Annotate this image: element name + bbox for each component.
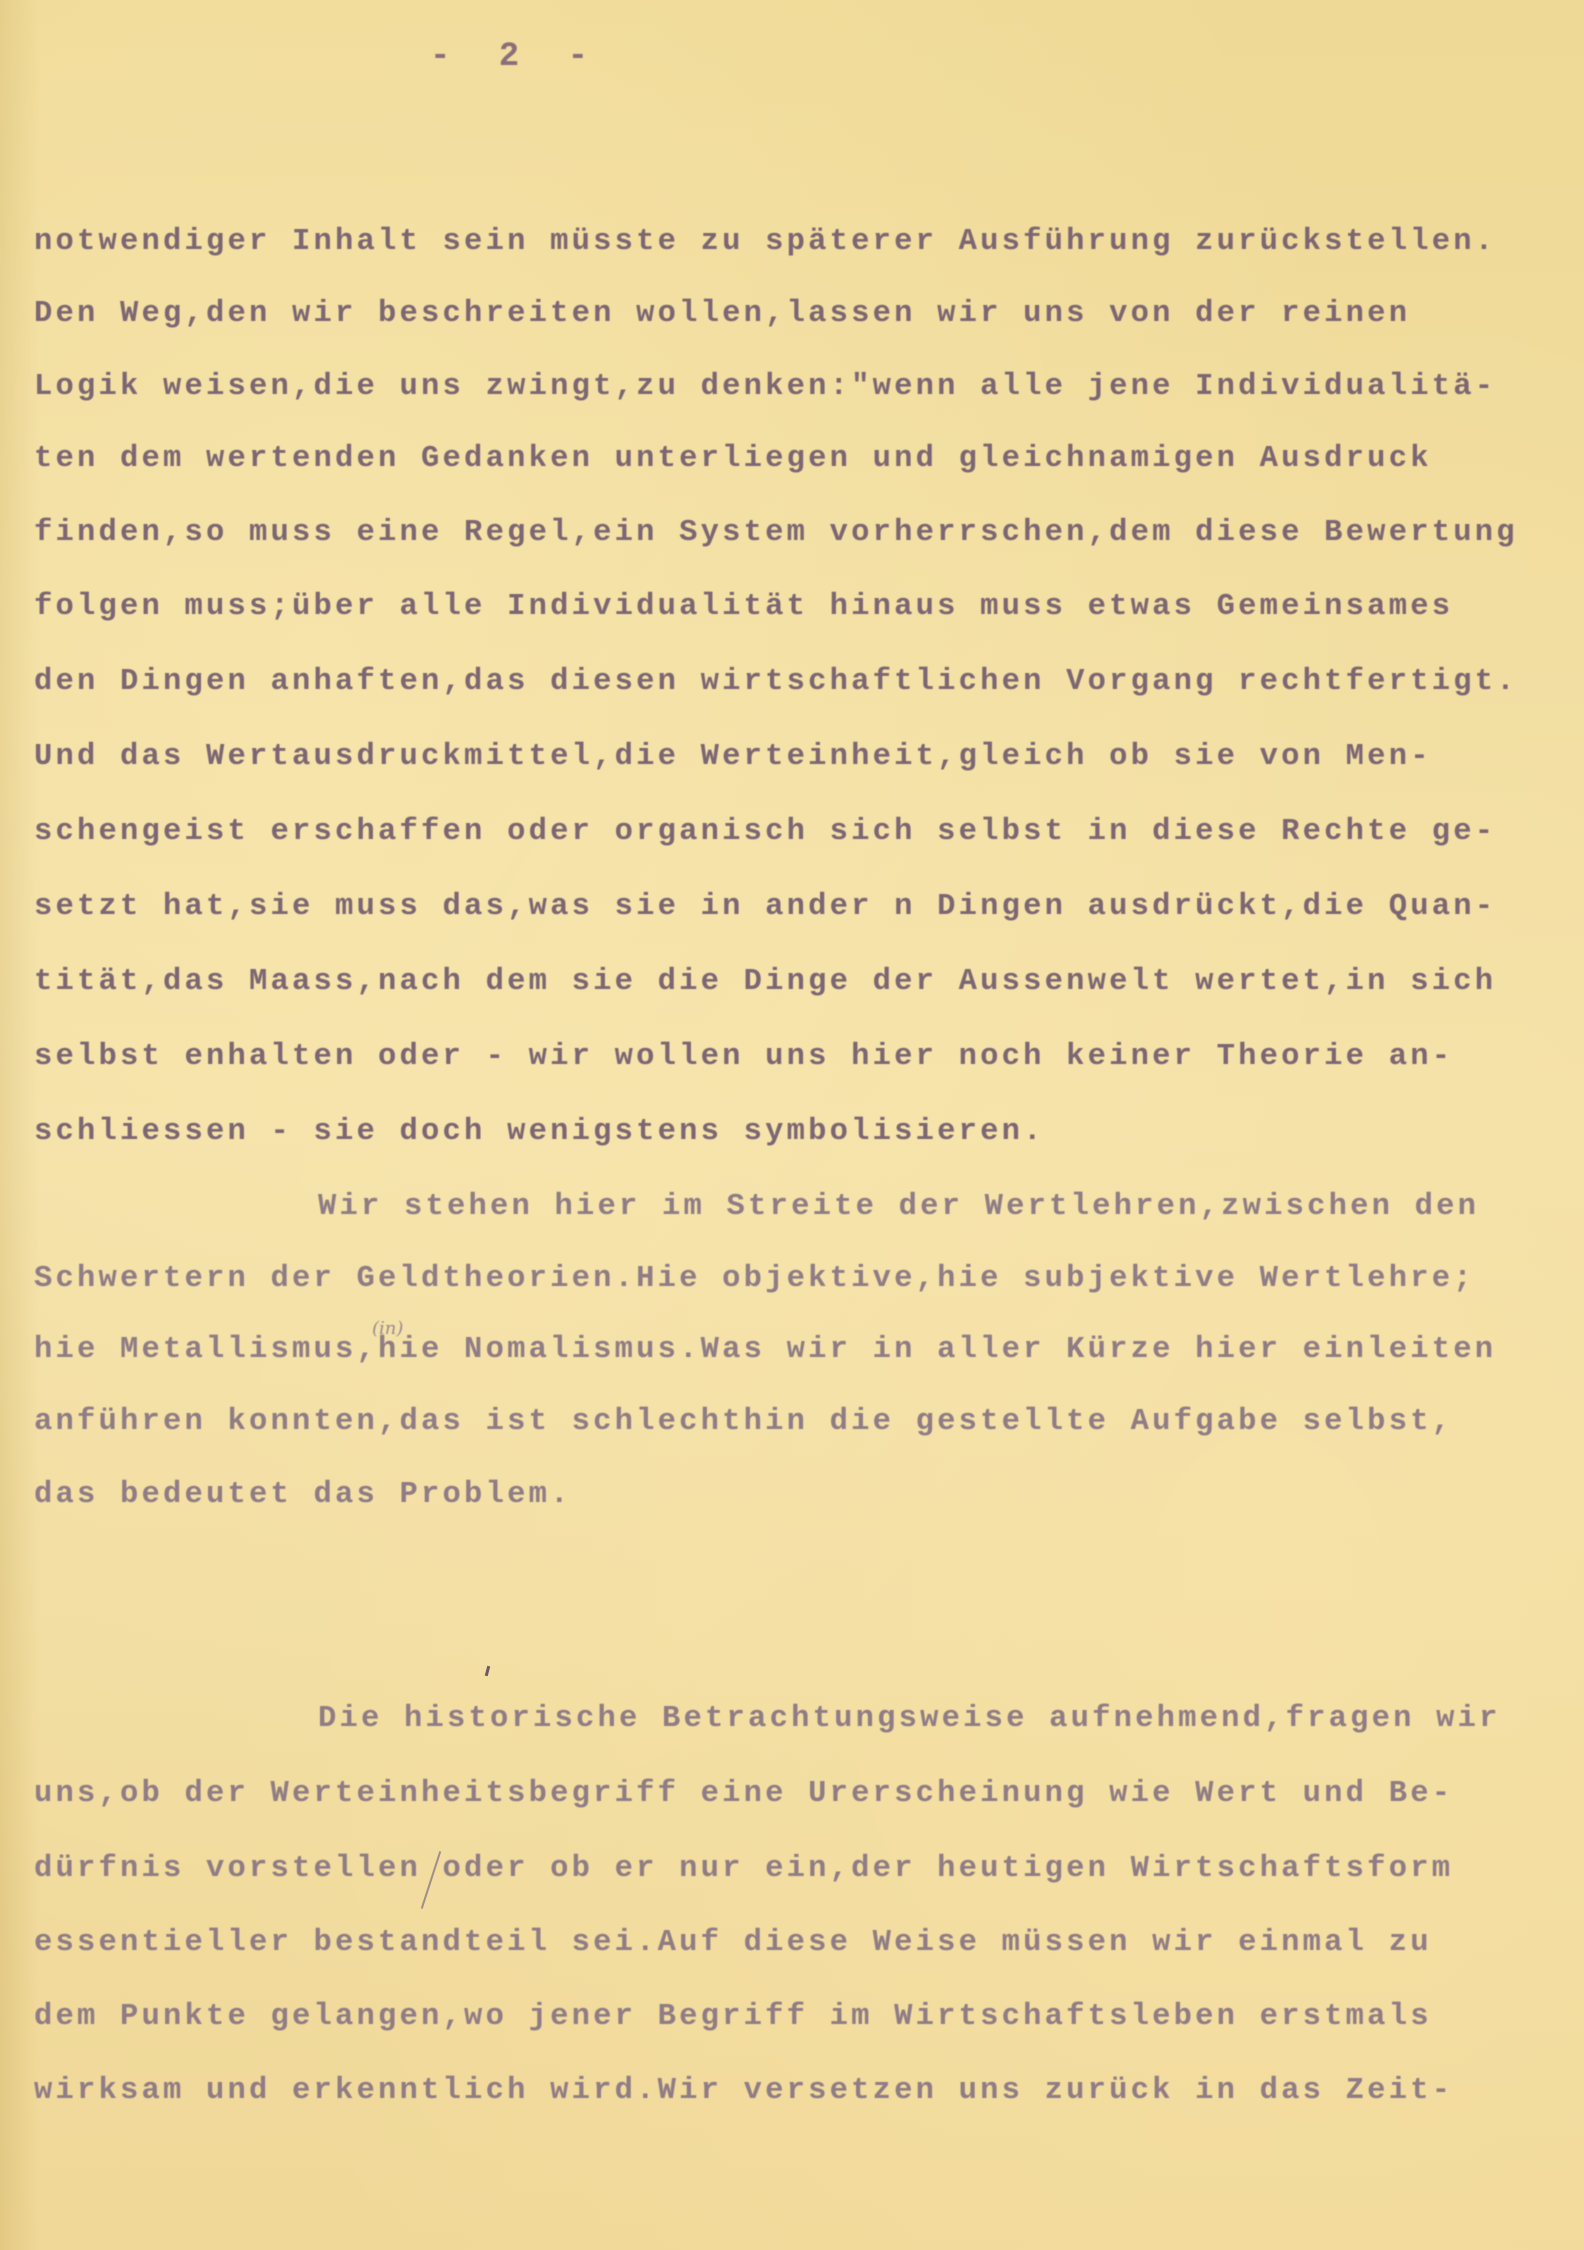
text-line: wirksam und erkenntlich wird.Wir versetz… <box>34 2074 1453 2108</box>
text-line: setzt hat,sie muss das,was sie in ander … <box>34 890 1496 924</box>
text-line: Schwertern der Geldtheorien.Hie objektiv… <box>34 1262 1475 1296</box>
page-number: - 2 - <box>430 38 602 76</box>
text-line: tität,das Maass,nach dem sie die Dinge d… <box>34 965 1496 999</box>
text-line: hie Metallismus,hie Nomalismus.Was wir i… <box>34 1333 1496 1367</box>
text-line: dem Punkte gelangen,wo jener Begriff im … <box>34 2000 1432 2034</box>
text-line: Die historische Betrachtungsweise aufneh… <box>318 1702 1501 1736</box>
text-line: schengeist erschaffen oder organisch sic… <box>34 815 1496 849</box>
text-line: selbst enhalten oder - wir wollen uns hi… <box>34 1040 1453 1074</box>
text-line: anführen konnten,das ist schlechthin die… <box>34 1405 1453 1439</box>
text-line: ten dem wertenden Gedanken unterliegen u… <box>34 442 1432 476</box>
text-line: uns,ob der Werteinheitsbegriff eine Urer… <box>34 1777 1453 1811</box>
text-line: dürfnis vorstellen oder ob er nur ein,de… <box>34 1852 1453 1886</box>
text-line: den Dingen anhaften,das diesen wirtschaf… <box>34 665 1518 699</box>
text-line: das bedeutet das Problem. <box>34 1478 572 1512</box>
text-line: notwendiger Inhalt sein müsste zu später… <box>34 225 1496 259</box>
text-line: Wir stehen hier im Streite der Wertlehre… <box>318 1190 1479 1224</box>
text-line: schliessen - sie doch wenigstens symboli… <box>34 1115 1045 1149</box>
text-line: finden,so muss eine Regel,ein System vor… <box>34 516 1518 550</box>
text-line: Logik weisen,die uns zwingt,zu denken:"w… <box>34 370 1496 404</box>
stray-mark <box>485 1666 490 1676</box>
typewritten-page: - 2 - notwendiger Inhalt sein müsste zu … <box>0 0 1584 2250</box>
text-line: folgen muss;über alle Individualität hin… <box>34 590 1453 624</box>
text-line: Und das Wertausdruckmittel,die Werteinhe… <box>34 740 1432 774</box>
text-line: Den Weg,den wir beschreiten wollen,lasse… <box>34 297 1410 331</box>
text-line: essentieller bestandteil sei.Auf diese W… <box>34 1926 1432 1960</box>
